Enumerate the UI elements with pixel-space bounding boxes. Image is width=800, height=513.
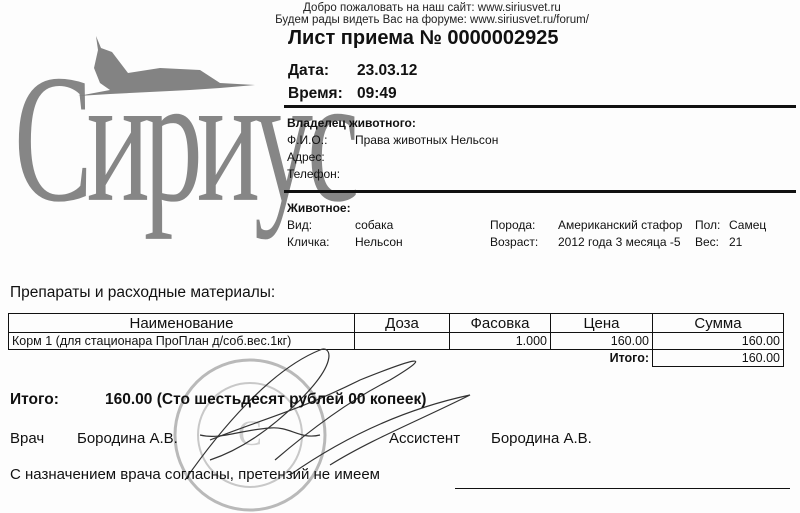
breed-value: Американский стафор (558, 218, 682, 232)
owner-address-label: Адрес: (287, 150, 325, 164)
nickname-value: Нельсон (355, 235, 403, 249)
sex-value: Самец (729, 218, 766, 232)
species-label: Вид: (287, 218, 312, 232)
animal-heading: Животное: (287, 201, 351, 215)
cell-price: 160.00 (551, 333, 653, 350)
sex-label: Пол: (695, 218, 720, 232)
date-label: Дата: (288, 62, 329, 80)
owner-name-label: Ф.И.О.: (287, 133, 327, 147)
assistant-label: Ассистент (389, 430, 460, 447)
welcome-line: Добро пожаловать на наш сайт: www.sirius… (262, 2, 602, 14)
breed-label: Порода: (490, 218, 535, 232)
divider-1 (284, 105, 796, 108)
grand-total-text: 160.00 (Сто шестьдесят рублей 00 копеек) (105, 391, 426, 409)
owner-name-value: Права животных Нельсон (355, 133, 498, 147)
doctor-label: Врач (10, 430, 44, 447)
clinic-logo: Сириус (0, 20, 270, 260)
col-sum: Сумма (653, 314, 784, 333)
client-signature-line (455, 488, 790, 489)
table-total-label: Итого: (551, 350, 653, 367)
col-price: Цена (551, 314, 653, 333)
weight-value: 21 (729, 235, 742, 249)
doctor-name: Бородина А.В. (77, 430, 178, 447)
col-package: Фасовка (450, 314, 551, 333)
time-label: Время: (288, 85, 343, 103)
date-value: 23.03.12 (357, 62, 417, 80)
assistant-name: Бородина А.В. (491, 430, 592, 447)
divider-2 (284, 190, 796, 193)
owner-heading: Владелец животного: (287, 116, 416, 130)
materials-title: Препараты и расходные материалы: (10, 284, 275, 302)
table-total-value: 160.00 (653, 350, 784, 367)
species-value: собака (355, 218, 393, 232)
grand-total-label: Итого: (10, 391, 59, 409)
time-value: 09:49 (357, 85, 397, 103)
owner-phone-label: Телефон: (287, 167, 340, 181)
col-name: Наименование (9, 314, 355, 333)
page-title: Лист приема № 0000002925 (288, 27, 559, 50)
cell-sum: 160.00 (653, 333, 784, 350)
agreement-text: С назначением врача согласны, претензий … (10, 466, 380, 483)
col-dose: Доза (355, 314, 450, 333)
age-value: 2012 года 3 месяца -5 (558, 235, 681, 249)
age-label: Возраст: (490, 235, 538, 249)
nickname-label: Кличка: (287, 235, 329, 249)
weight-label: Вес: (695, 235, 719, 249)
table-header-row: Наименование Доза Фасовка Цена Сумма (9, 314, 784, 333)
forum-line: Будем рады видеть Вас на форуме: www.sir… (262, 14, 602, 26)
